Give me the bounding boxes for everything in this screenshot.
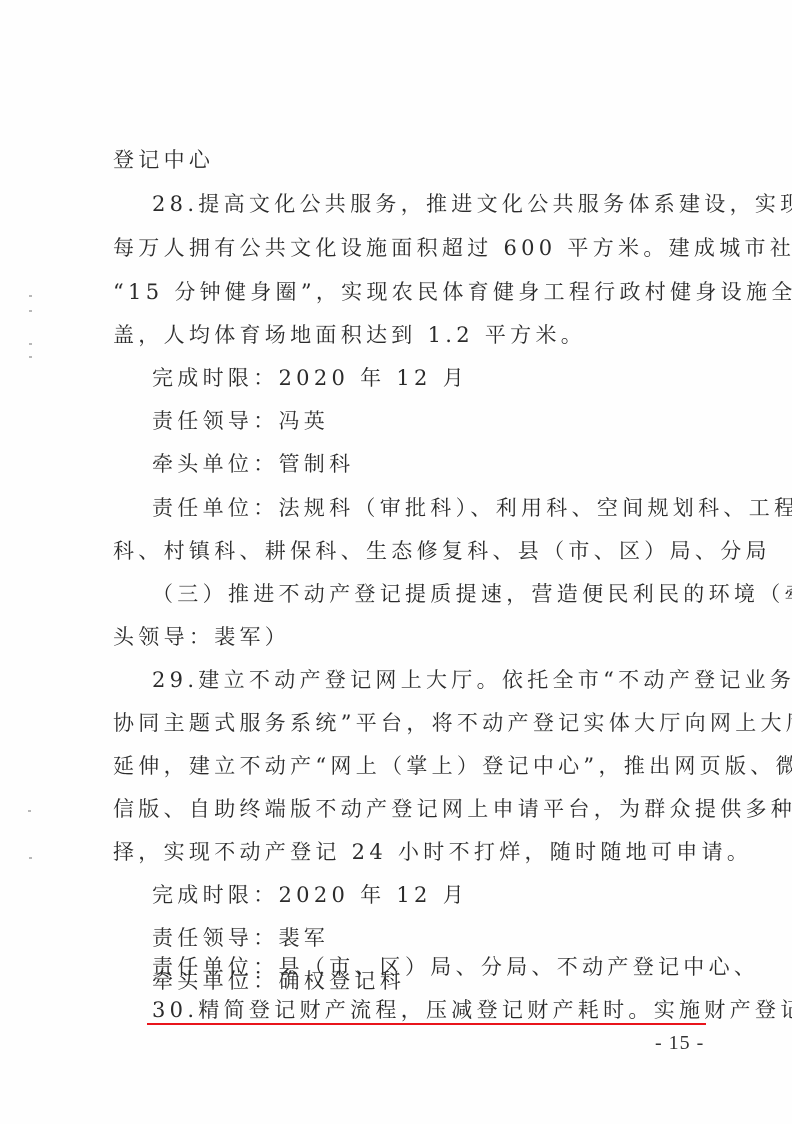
punch-mark xyxy=(28,810,31,812)
text-line: 延伸，建立不动产“网上（掌上）登记中心”，推出网页版、微 xyxy=(113,752,703,780)
punch-mark xyxy=(29,310,32,312)
text-line: 28.提高文化公共服务，推进文化公共服务体系建设，实现 xyxy=(152,190,703,218)
text-line: 责任单位：县（市、区）局、分局、不动产登记中心、 xyxy=(152,953,703,981)
punch-mark xyxy=(29,857,32,859)
text-line: 责任单位：法规科（审批科）、利用科、空间规划科、工程 xyxy=(152,494,703,522)
text-line: 登记中心 xyxy=(113,146,703,174)
text-line: 完成时限：2020 年 12 月 xyxy=(152,881,703,909)
punch-mark xyxy=(29,295,32,297)
text-line: 责任领导：裴军 xyxy=(152,924,703,952)
punch-mark xyxy=(29,343,32,345)
text-line: 每万人拥有公共文化设施面积超过 600 平方米。建成城市社区 xyxy=(113,234,703,262)
text-line: 完成时限：2020 年 12 月 xyxy=(152,364,703,392)
text-line: 牵头单位：管制科 xyxy=(152,450,703,478)
text-line: 30.精简登记财产流程，压减登记财产耗时。实施财产登记 xyxy=(152,996,703,1024)
text-line: 协同主题式服务系统”平台，将不动产登记实体大厅向网上大厅 xyxy=(113,709,703,737)
text-line: 信版、自助终端版不动产登记网上申请平台，为群众提供多种选 xyxy=(113,795,703,823)
page-number: - 15 - xyxy=(655,1030,704,1056)
document-page: 登记中心28.提高文化公共服务，推进文化公共服务体系建设，实现每万人拥有公共文化… xyxy=(0,0,792,1124)
text-line: 头领导：裴军） xyxy=(113,623,703,651)
text-line: 29.建立不动产登记网上大厅。依托全市“不动产登记业务 xyxy=(152,666,703,694)
text-line: 择，实现不动产登记 24 小时不打烊，随时随地可申请。 xyxy=(113,838,703,866)
text-line: “15 分钟健身圈”，实现农民体育健身工程行政村健身设施全覆 xyxy=(113,278,703,306)
red-underline-rule xyxy=(147,1023,706,1025)
text-line: 盖，人均体育场地面积达到 1.2 平方米。 xyxy=(113,321,703,349)
text-line: 责任领导：冯英 xyxy=(152,407,703,435)
text-line: 科、村镇科、耕保科、生态修复科、县（市、区）局、分局 xyxy=(113,537,703,565)
text-line: （三）推进不动产登记提质提速，营造便民利民的环境（牵 xyxy=(152,580,703,608)
punch-mark xyxy=(29,356,32,358)
